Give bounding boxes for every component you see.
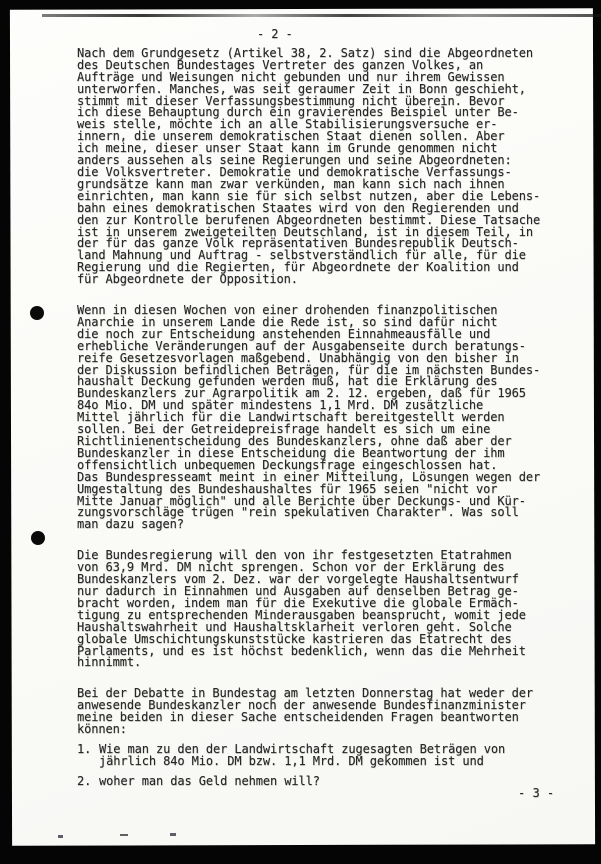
list-item-text: woher man das Geld nehmen will?	[99, 776, 549, 788]
list-item-number: 2.	[77, 776, 99, 788]
scan-speck	[170, 833, 176, 836]
list-item: 1. Wie man zu den der Landwirtschaft zug…	[77, 744, 549, 768]
scan-speck	[58, 835, 63, 838]
scan-artifact-top-edge	[42, 14, 601, 17]
hole-punch-top	[30, 306, 44, 320]
scan-speck	[120, 834, 128, 836]
page-number-top: - 2 -	[77, 29, 549, 41]
paragraph-bundestag-debatte: Bei der Debatte in Bundestag am letzten …	[77, 688, 549, 736]
paragraph-grundgesetz: Nach dem Grundgesetz (Artikel 38, 2. Sat…	[77, 48, 549, 286]
paragraph-finanzpolitische-anarchie: Wenn in diesen Wochen von einer drohende…	[77, 305, 549, 531]
list-item: 2. woher man das Geld nehmen will?	[77, 776, 549, 788]
paragraph-etatrahmen: Die Bundesregierung will den von ihr fes…	[77, 550, 549, 669]
list-item-number: 1.	[77, 744, 99, 768]
typewritten-text-block: - 2 - Nach dem Grundgesetz (Artikel 38, …	[77, 29, 549, 788]
scanned-document-frame: - 2 - Nach dem Grundgesetz (Artikel 38, …	[0, 0, 601, 864]
list-item-text: Wie man zu den der Landwirtschaft zugesa…	[99, 744, 549, 768]
hole-punch-bottom	[31, 531, 45, 545]
page-number-bottom: - 3 -	[518, 786, 554, 800]
numbered-list: 1. Wie man zu den der Landwirtschaft zug…	[77, 744, 549, 788]
